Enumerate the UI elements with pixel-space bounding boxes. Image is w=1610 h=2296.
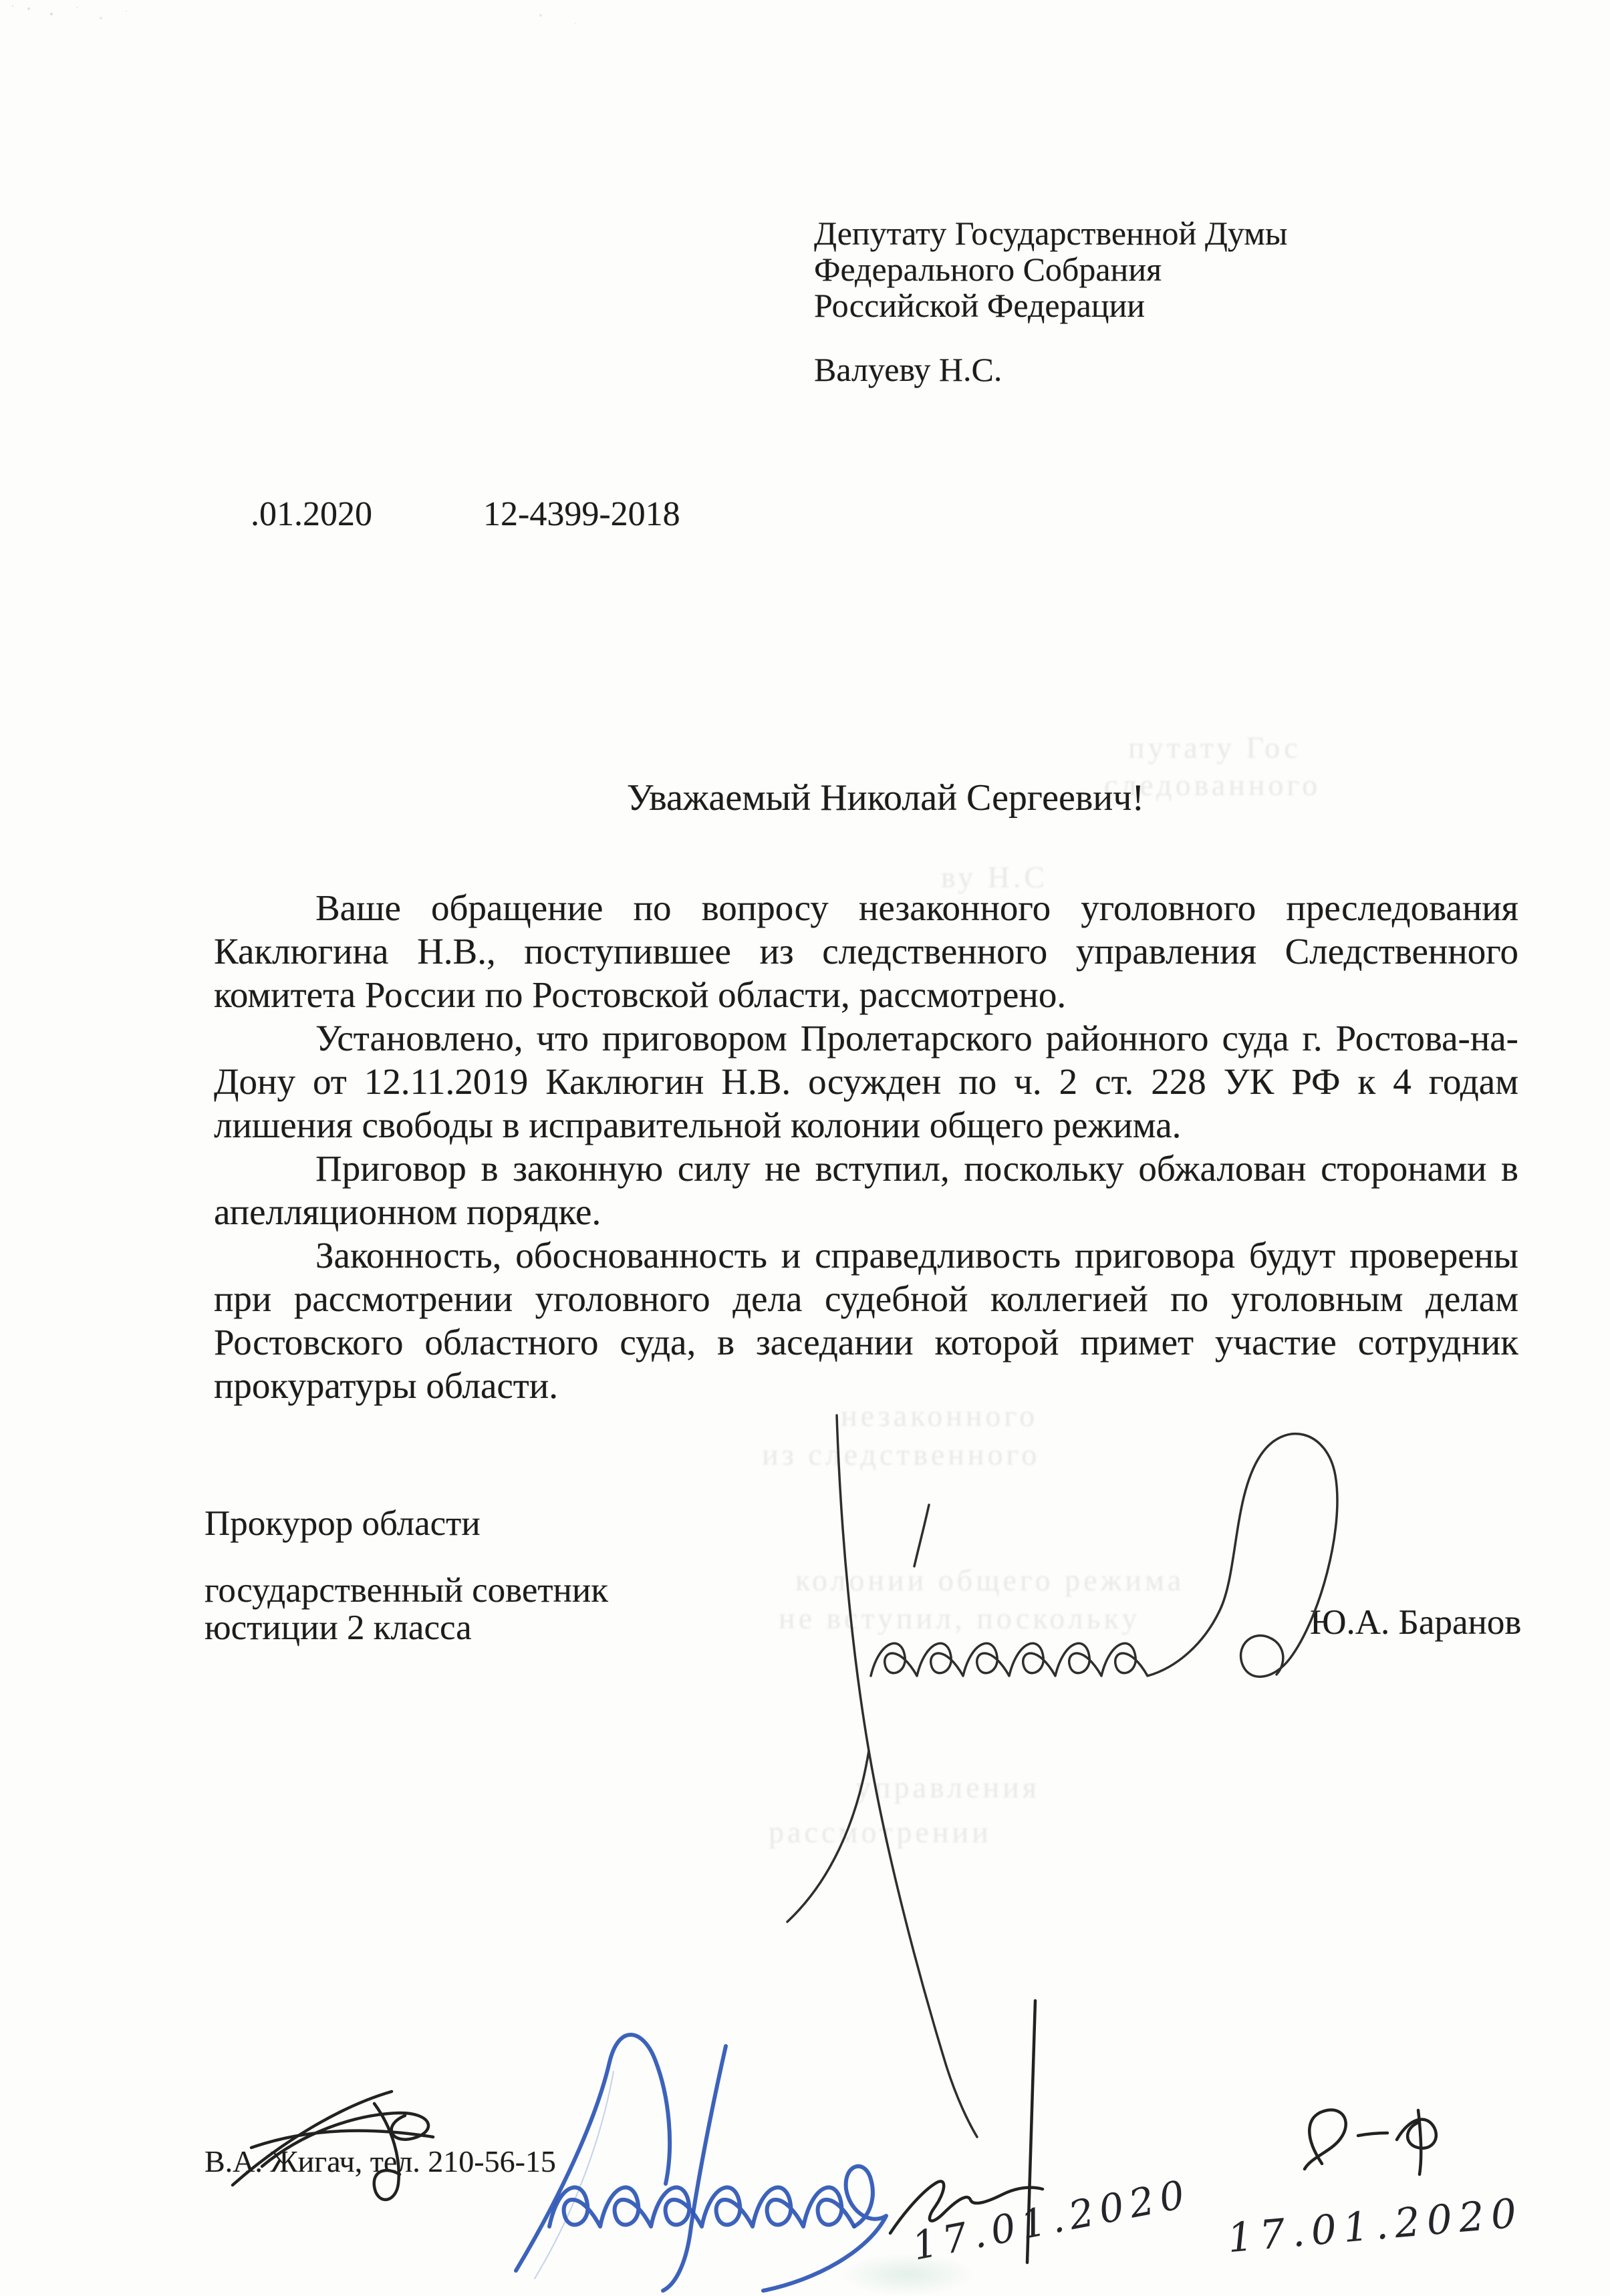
recipient-name: Валуеву Н.С. — [814, 351, 1456, 388]
approval-signature-right — [1305, 2110, 1436, 2174]
signature-stroke — [549, 2188, 854, 2227]
blue-ink-signature — [516, 2035, 886, 2291]
signature-stroke — [663, 2046, 726, 2291]
paragraph: Приговор в законную силу не вступил, пос… — [214, 1147, 1518, 1234]
bleed-through-text: из следственного — [762, 1437, 1040, 1472]
signature-stroke — [1305, 2110, 1346, 2169]
bleed-through-text: управления — [855, 1769, 1040, 1805]
paragraph: Ваше обращение по вопросу незаконного уг… — [214, 886, 1518, 1016]
reference-line: .01.2020 12-4399-2018 — [0, 494, 1610, 541]
scan-smudge — [841, 2253, 974, 2296]
signature-stroke — [1418, 2110, 1421, 2174]
bleed-through-text: рассмотрении — [769, 1814, 992, 1850]
paragraph: Установлено, что приговором Пролетарског… — [214, 1016, 1518, 1147]
bleed-through-text: не вступил, поскольку — [779, 1600, 1140, 1636]
signatory-title: Прокурор области — [205, 1505, 608, 1542]
signatory-block: Прокурор области государственный советни… — [205, 1505, 608, 1646]
letter-number: 12-4399-2018 — [483, 494, 680, 534]
signature-stroke — [1397, 2120, 1436, 2148]
signatory-rank-line: юстиции 2 класса — [205, 1609, 608, 1646]
signature-stroke — [914, 1505, 929, 1566]
scanned-letter-page: путату Гос следованного ву Н.С незаконно… — [0, 0, 1610, 2296]
recipient-line: Федерального Собрания — [814, 251, 1456, 287]
paragraph: Законность, обоснованность и справедливо… — [214, 1234, 1518, 1407]
salutation: Уважаемый Николай Сергеевич! — [234, 776, 1537, 819]
bleed-through-text: колонии общего режима — [795, 1562, 1184, 1598]
letter-date: .01.2020 — [251, 494, 372, 534]
recipient-line: Российской Федерации — [814, 287, 1456, 323]
scan-noise — [12, 5, 13, 7]
recipient-line: Депутату Государственной Думы — [814, 215, 1456, 251]
signatory-rank-line: государственный советник — [205, 1572, 608, 1609]
executor-contact: В.А. Жигач, тел. 210-56-15 — [205, 2144, 556, 2179]
recipient-address-block: Депутату Государственной Думы Федерально… — [814, 215, 1456, 388]
handwritten-date-right: 17.01.2020 — [1226, 2190, 1525, 2262]
bleed-through-text: путату Гос — [1128, 730, 1301, 765]
signatory-name: Ю.А. Баранов — [1310, 1602, 1521, 1642]
letter-body: Ваше обращение по вопросу незаконного уг… — [214, 886, 1518, 1407]
signature-stroke — [1358, 2133, 1387, 2136]
